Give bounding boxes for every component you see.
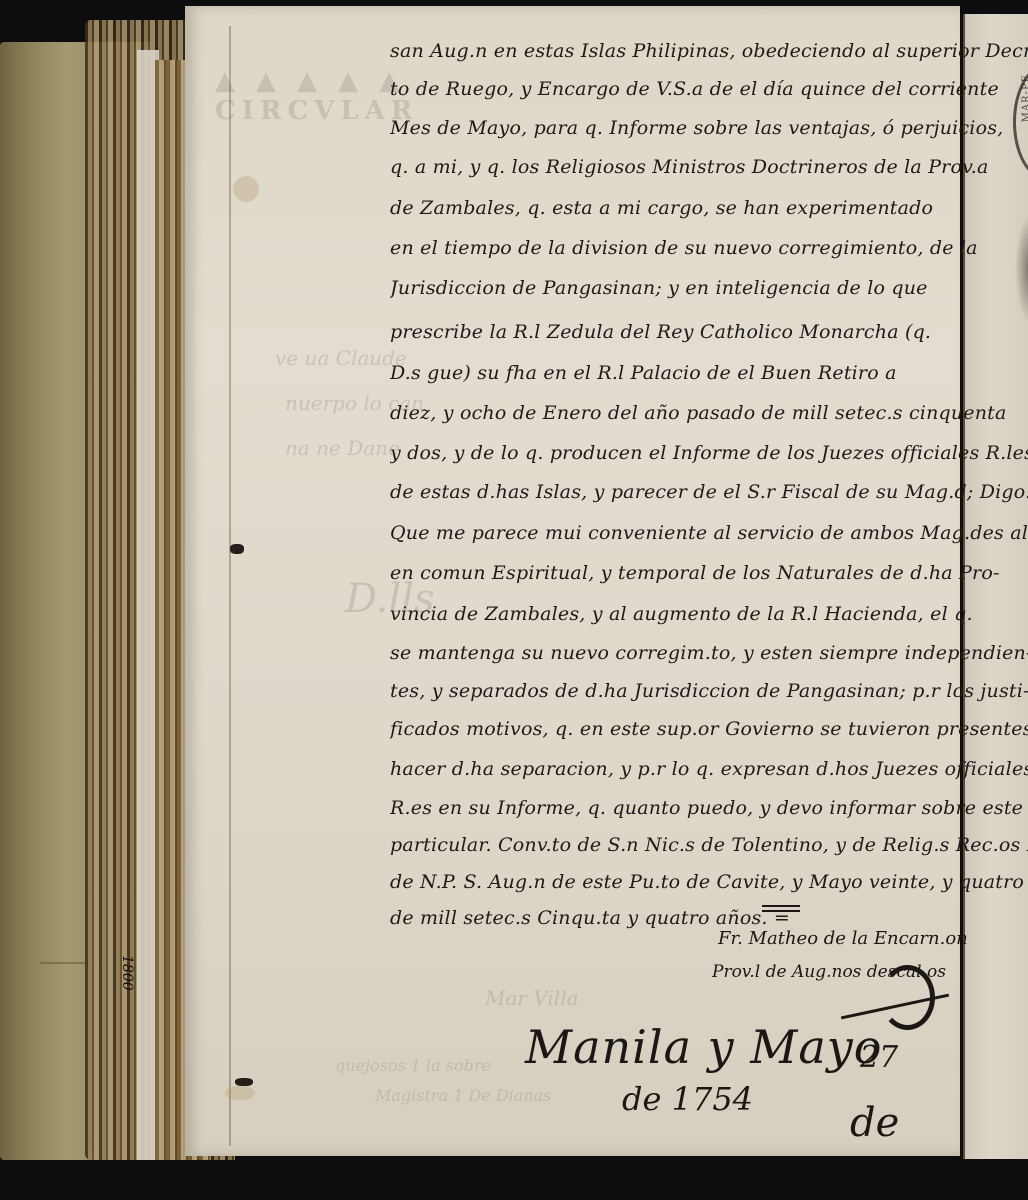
text-line: prescribe la R.l Zedula del Rey Catholic… (390, 321, 931, 343)
text-line: diez, y ocho de Enero del año pasado de … (390, 402, 1007, 424)
water-stain (225, 1086, 255, 1100)
signature-name: Fr. Matheo de la Encarn.on (718, 928, 968, 949)
text-line: de mill setec.s Cinqu.ta y quatro años. … (390, 907, 790, 929)
manuscript-photo: ▲ ▲ ▲ ▲ ▲CIRCVLAR ve ua Claude nuerpo lo… (0, 0, 1028, 1200)
bleed-through-text: quejosos 1 la sobre (335, 1056, 491, 1075)
text-line: en comun Espiritual, y temporal de los N… (390, 562, 1000, 584)
bleed-through-text: na ne Dane (285, 436, 400, 460)
water-stain (233, 176, 259, 202)
text-line: de estas d.has Islas, y parecer de el S.… (390, 481, 1028, 503)
dateline-place: Manila y Mayo (525, 1020, 882, 1074)
text-line: to de Ruego, y Encargo de V.S.a de el dí… (390, 78, 999, 100)
dateline-day: 27 (860, 1040, 898, 1075)
bleed-through-text: Mar Villa (485, 986, 579, 1010)
text-line: se mantenga su nuevo corregim.to, y este… (390, 642, 1028, 664)
bleed-through-text: ve ua Claude (275, 346, 407, 370)
text-line: Mes de Mayo, para q. Informe sobre las v… (390, 117, 1003, 139)
facing-page-edge: MAR-PE (963, 14, 1028, 1159)
text-line: vincia de Zambales, y al augmento de la … (390, 603, 973, 625)
text-line: q. a mi, y q. los Religiosos Ministros D… (390, 156, 989, 178)
dateline-year: de 1754 (622, 1080, 753, 1118)
text-line: de Zambales, q. esta a mi cargo, se han … (390, 197, 933, 219)
text-line: tes, y separados de d.ha Jurisdiccion de… (390, 680, 1028, 702)
text-line: en el tiempo de la division de su nuevo … (390, 237, 978, 259)
closing-rubric: de (850, 1100, 899, 1146)
ink-smudge (1015, 214, 1028, 324)
ink-blot (230, 544, 244, 554)
text-line: Jurisdiccion de Pangasinan; y en intelig… (390, 277, 928, 299)
text-line: san Aug.n en estas Islas Philipinas, obe… (390, 40, 1028, 62)
text-line: Que me parece mui conveniente al servici… (390, 522, 1028, 544)
text-line: de N.P. S. Aug.n de este Pu.to de Cavite… (390, 871, 1024, 893)
text-line: particular. Conv.to de S.n Nic.s de Tole… (390, 834, 1028, 856)
closing-flourish-dash (762, 905, 800, 907)
text-line: ficados motivos, q. en este sup.or Govie… (390, 718, 1028, 740)
ink-blot (235, 1078, 253, 1086)
margin-folio-note: 1800 (119, 955, 135, 991)
page-fold-line (229, 26, 231, 1146)
archive-stamp-text: MAR-PE (1021, 74, 1028, 122)
bleed-through-text: Magistra 1 De Dianas (375, 1086, 551, 1105)
text-line: y dos, y de lo q. producen el Informe de… (390, 442, 1028, 464)
text-line: D.s gue) su fha en el R.l Palacio de el … (390, 362, 897, 384)
text-line: R.es en su Informe, q. quanto puedo, y d… (390, 797, 1023, 819)
text-line: hacer d.ha separacion, y p.r lo q. expre… (390, 758, 1028, 780)
